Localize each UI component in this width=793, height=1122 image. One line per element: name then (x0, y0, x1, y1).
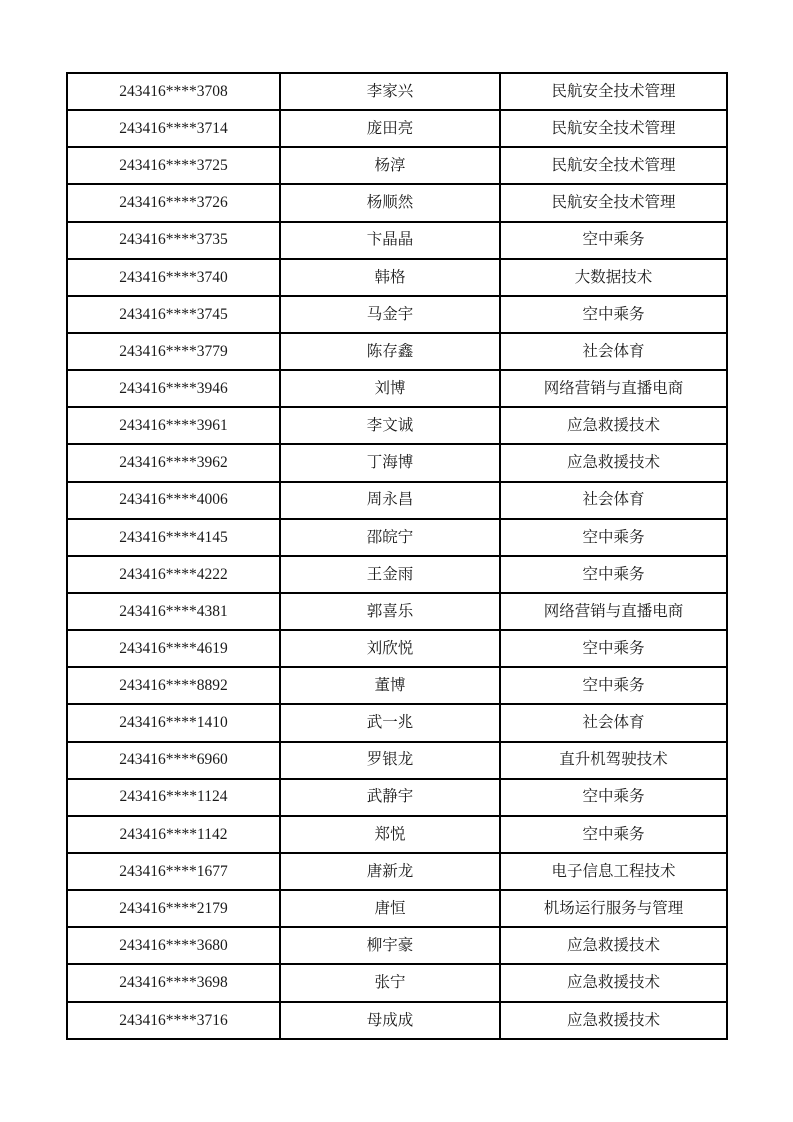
candidate-name-cell: 董博 (280, 667, 500, 704)
candidate-id-cell: 243416****3961 (67, 407, 280, 444)
student-roster-table: 243416****3708 李家兴 民航安全技术管理 243416****37… (66, 72, 728, 1040)
candidate-id-cell: 243416****3680 (67, 927, 280, 964)
table-row: 243416****3726 杨顺然 民航安全技术管理 (67, 184, 727, 221)
candidate-name-cell: 刘欣悦 (280, 630, 500, 667)
candidate-name-cell: 邵皖宁 (280, 519, 500, 556)
candidate-id-cell: 243416****1142 (67, 816, 280, 853)
major-cell: 网络营销与直播电商 (500, 370, 727, 407)
candidate-name-cell: 罗银龙 (280, 742, 500, 779)
major-cell: 应急救援技术 (500, 407, 727, 444)
major-cell: 空中乘务 (500, 296, 727, 333)
candidate-id-cell: 243416****3740 (67, 259, 280, 296)
candidate-name-cell: 杨淳 (280, 147, 500, 184)
major-cell: 空中乘务 (500, 519, 727, 556)
candidate-id-cell: 243416****8892 (67, 667, 280, 704)
table-row: 243416****1410 武一兆 社会体育 (67, 704, 727, 741)
table-row: 243416****3745 马金宇 空中乘务 (67, 296, 727, 333)
major-cell: 大数据技术 (500, 259, 727, 296)
table-row: 243416****3961 李文诚 应急救援技术 (67, 407, 727, 444)
candidate-id-cell: 243416****4006 (67, 482, 280, 519)
table-row: 243416****8892 董博 空中乘务 (67, 667, 727, 704)
candidate-id-cell: 243416****3698 (67, 964, 280, 1001)
candidate-name-cell: 庞田亮 (280, 110, 500, 147)
candidate-id-cell: 243416****3962 (67, 444, 280, 481)
table-row: 243416****4006 周永昌 社会体育 (67, 482, 727, 519)
candidate-name-cell: 李文诚 (280, 407, 500, 444)
candidate-name-cell: 卞晶晶 (280, 222, 500, 259)
candidate-id-cell: 243416****3779 (67, 333, 280, 370)
candidate-id-cell: 243416****3735 (67, 222, 280, 259)
major-cell: 空中乘务 (500, 816, 727, 853)
major-cell: 直升机驾驶技术 (500, 742, 727, 779)
candidate-id-cell: 243416****3708 (67, 73, 280, 110)
candidate-id-cell: 243416****1124 (67, 779, 280, 816)
table-row: 243416****6960 罗银龙 直升机驾驶技术 (67, 742, 727, 779)
candidate-id-cell: 243416****4619 (67, 630, 280, 667)
major-cell: 空中乘务 (500, 630, 727, 667)
candidate-id-cell: 243416****3714 (67, 110, 280, 147)
candidate-name-cell: 李家兴 (280, 73, 500, 110)
candidate-id-cell: 243416****6960 (67, 742, 280, 779)
candidate-name-cell: 唐新龙 (280, 853, 500, 890)
major-cell: 电子信息工程技术 (500, 853, 727, 890)
major-cell: 应急救援技术 (500, 1002, 727, 1039)
major-cell: 机场运行服务与管理 (500, 890, 727, 927)
major-cell: 民航安全技术管理 (500, 184, 727, 221)
candidate-name-cell: 刘博 (280, 370, 500, 407)
candidate-name-cell: 王金雨 (280, 556, 500, 593)
candidate-name-cell: 周永昌 (280, 482, 500, 519)
candidate-name-cell: 郭喜乐 (280, 593, 500, 630)
candidate-id-cell: 243416****3725 (67, 147, 280, 184)
table-row: 243416****3725 杨淳 民航安全技术管理 (67, 147, 727, 184)
major-cell: 空中乘务 (500, 779, 727, 816)
candidate-id-cell: 243416****4145 (67, 519, 280, 556)
candidate-name-cell: 母成成 (280, 1002, 500, 1039)
candidate-name-cell: 柳宇豪 (280, 927, 500, 964)
table-row: 243416****3740 韩格 大数据技术 (67, 259, 727, 296)
candidate-name-cell: 唐恒 (280, 890, 500, 927)
table-row: 243416****2179 唐恒 机场运行服务与管理 (67, 890, 727, 927)
table-row: 243416****3735 卞晶晶 空中乘务 (67, 222, 727, 259)
table-row: 243416****3946 刘博 网络营销与直播电商 (67, 370, 727, 407)
candidate-id-cell: 243416****3745 (67, 296, 280, 333)
candidate-id-cell: 243416****1410 (67, 704, 280, 741)
candidate-name-cell: 武一兆 (280, 704, 500, 741)
table-row: 243416****3714 庞田亮 民航安全技术管理 (67, 110, 727, 147)
major-cell: 民航安全技术管理 (500, 110, 727, 147)
candidate-id-cell: 243416****1677 (67, 853, 280, 890)
table-row: 243416****3698 张宁 应急救援技术 (67, 964, 727, 1001)
table-row: 243416****3779 陈存鑫 社会体育 (67, 333, 727, 370)
candidate-id-cell: 243416****3716 (67, 1002, 280, 1039)
table-row: 243416****4381 郭喜乐 网络营销与直播电商 (67, 593, 727, 630)
candidate-name-cell: 韩格 (280, 259, 500, 296)
major-cell: 应急救援技术 (500, 964, 727, 1001)
document-page: { "page": { "background_color": "#ffffff… (0, 0, 793, 1122)
candidate-name-cell: 武静宇 (280, 779, 500, 816)
table-row: 243416****4145 邵皖宁 空中乘务 (67, 519, 727, 556)
candidate-name-cell: 郑悦 (280, 816, 500, 853)
roster-table-body: 243416****3708 李家兴 民航安全技术管理 243416****37… (67, 73, 727, 1039)
table-row: 243416****1124 武静宇 空中乘务 (67, 779, 727, 816)
candidate-name-cell: 陈存鑫 (280, 333, 500, 370)
major-cell: 空中乘务 (500, 667, 727, 704)
table-row: 243416****1677 唐新龙 电子信息工程技术 (67, 853, 727, 890)
candidate-id-cell: 243416****3726 (67, 184, 280, 221)
candidate-id-cell: 243416****4381 (67, 593, 280, 630)
major-cell: 应急救援技术 (500, 444, 727, 481)
table-row: 243416****1142 郑悦 空中乘务 (67, 816, 727, 853)
major-cell: 空中乘务 (500, 222, 727, 259)
page-background: 243416****3708 李家兴 民航安全技术管理 243416****37… (0, 0, 793, 1122)
major-cell: 民航安全技术管理 (500, 73, 727, 110)
candidate-name-cell: 丁海博 (280, 444, 500, 481)
major-cell: 空中乘务 (500, 556, 727, 593)
candidate-id-cell: 243416****3946 (67, 370, 280, 407)
major-cell: 网络营销与直播电商 (500, 593, 727, 630)
table-row: 243416****3680 柳宇豪 应急救援技术 (67, 927, 727, 964)
major-cell: 社会体育 (500, 704, 727, 741)
candidate-name-cell: 张宁 (280, 964, 500, 1001)
table-row: 243416****4222 王金雨 空中乘务 (67, 556, 727, 593)
table-row: 243416****3962 丁海博 应急救援技术 (67, 444, 727, 481)
candidate-name-cell: 杨顺然 (280, 184, 500, 221)
table-row: 243416****4619 刘欣悦 空中乘务 (67, 630, 727, 667)
candidate-id-cell: 243416****2179 (67, 890, 280, 927)
candidate-id-cell: 243416****4222 (67, 556, 280, 593)
table-row: 243416****3708 李家兴 民航安全技术管理 (67, 73, 727, 110)
major-cell: 民航安全技术管理 (500, 147, 727, 184)
major-cell: 社会体育 (500, 333, 727, 370)
major-cell: 社会体育 (500, 482, 727, 519)
major-cell: 应急救援技术 (500, 927, 727, 964)
table-row: 243416****3716 母成成 应急救援技术 (67, 1002, 727, 1039)
candidate-name-cell: 马金宇 (280, 296, 500, 333)
